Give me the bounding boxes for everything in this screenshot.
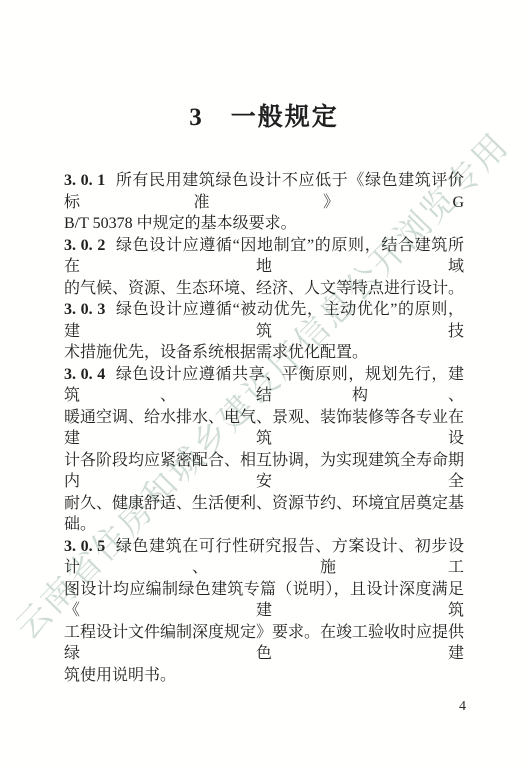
clause-line: 工程设计文件编制深度规定》要求。在竣工验收时应提供绿色建 — [64, 622, 464, 665]
clause-line: 术措施优先，设备系统根据需求优化配置。 — [64, 342, 464, 364]
clause-line: 图设计均应编制绿色建筑专篇（说明），且设计深度满足《建筑 — [64, 579, 464, 622]
clause-number: 3. 0. 1 — [64, 172, 105, 189]
clause-line: B/T 50378 中规定的基本级要求。 — [64, 213, 464, 235]
clause-number: 3. 0. 2 — [64, 237, 105, 254]
page-content: 3 一般规定 3. 0. 1所有民用建筑绿色设计不应低于《绿色建筑评价标准》GB… — [64, 102, 464, 686]
clause-line: 耐久、健康舒适、生活便利、资源节约、环境宜居奠定基础。 — [64, 493, 464, 536]
clause-line: 的气候、资源、生态环境、经济、人文等特点进行设计。 — [64, 278, 464, 300]
clauses-block: 3. 0. 1所有民用建筑绿色设计不应低于《绿色建筑评价标准》GB/T 5037… — [64, 170, 464, 686]
clause-line: 3. 0. 2绿色设计应遵循“因地制宜”的原则，结合建筑所在地域 — [64, 235, 464, 278]
clause-number: 3. 0. 5 — [64, 538, 105, 555]
clause-line: 3. 0. 4绿色设计应遵循共享、平衡原则，规划先行，建筑、结构、 — [64, 364, 464, 407]
clause-line: 3. 0. 5绿色建筑在可行性研究报告、方案设计、初步设计、施工 — [64, 536, 464, 579]
clause-line: 3. 0. 3绿色设计应遵循“被动优先，主动优化”的原则，建筑技 — [64, 299, 464, 342]
clause-line: 筑使用说明书。 — [64, 665, 464, 687]
clause-line: 暖通空调、给水排水、电气、景观、装饰装修等各专业在建筑设 — [64, 407, 464, 450]
clause-number: 3. 0. 3 — [64, 301, 105, 318]
clause-line: 计各阶段均应紧密配合、相互协调，为实现建筑全寿命期内安全 — [64, 450, 464, 493]
section-title: 3 一般规定 — [64, 102, 464, 134]
clause-number: 3. 0. 4 — [64, 366, 105, 383]
clause-line: 3. 0. 1所有民用建筑绿色设计不应低于《绿色建筑评价标准》G — [64, 170, 464, 213]
page-number: 4 — [459, 699, 466, 715]
document-page: 云南省住房和城乡建设厅信息公开浏览专用 3 一般规定 3. 0. 1所有民用建筑… — [0, 0, 528, 767]
